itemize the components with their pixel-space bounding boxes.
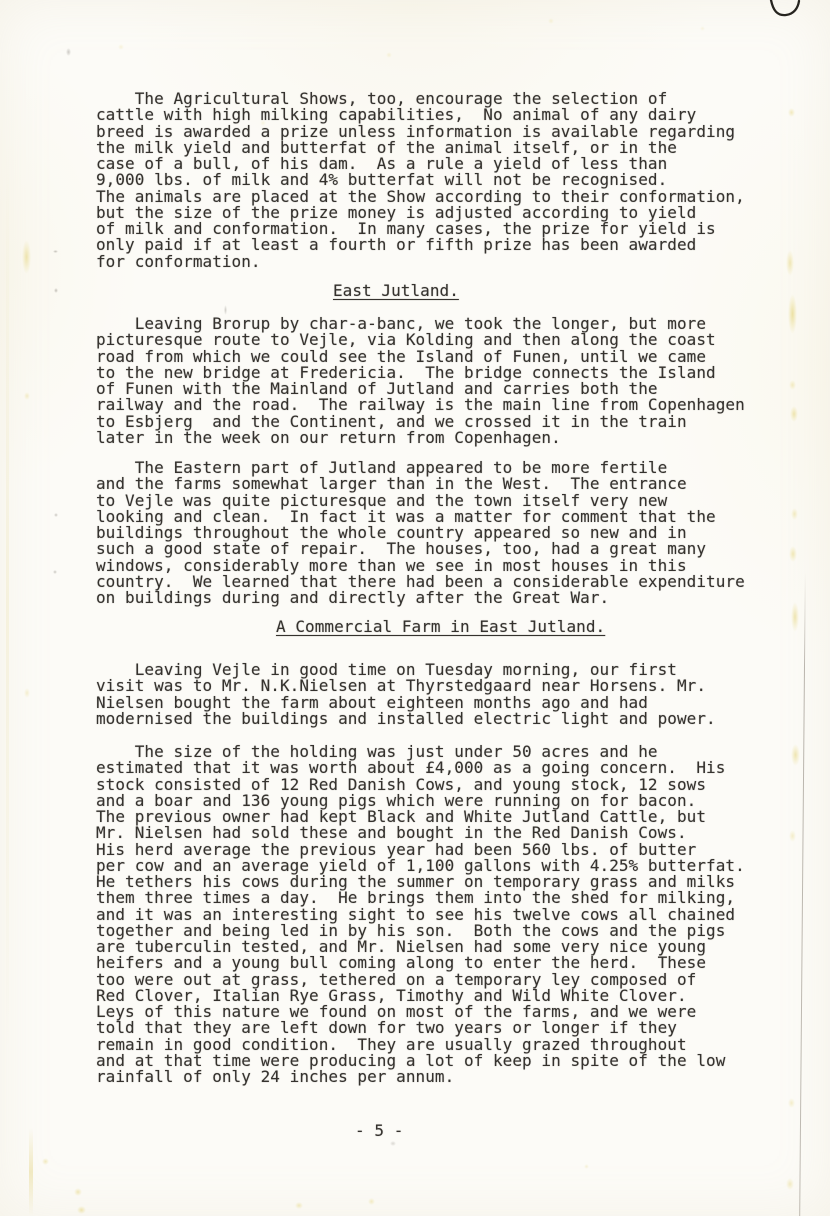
ink-speck [66, 48, 71, 56]
paper-stain [74, 1188, 82, 1196]
paper-edge-line [799, 572, 806, 1216]
paper-stain [368, 1198, 375, 1205]
paper-stain [584, 1164, 589, 1169]
paragraph-eastern-jutland: The Eastern part of Jutland appeared to … [96, 460, 745, 606]
paper-stain [788, 1098, 795, 1108]
paper-stain [788, 294, 797, 334]
paper-stain [77, 1206, 86, 1214]
paper-stain [788, 108, 795, 117]
page-number: - 5 - [355, 1123, 403, 1139]
paragraph-farm-visit: Leaving Vejle in good time on Tuesday mo… [96, 662, 716, 727]
paper-stain [118, 44, 124, 50]
ink-speck [54, 513, 58, 517]
paper-stain [791, 508, 798, 520]
document-page: The Agricultural Shows, too, encourage t… [0, 0, 830, 1216]
paper-stain [29, 1128, 33, 1216]
paragraph-journey: Leaving Brorup by char-a-banc, we took t… [96, 316, 745, 446]
paper-stain [789, 830, 796, 842]
paper-stain [6, 150, 9, 1050]
paper-stain [42, 1158, 49, 1165]
ink-speck [390, 1141, 396, 1146]
paper-stain [24, 688, 30, 698]
paragraph-agricultural-shows: The Agricultural Shows, too, encourage t… [96, 91, 745, 270]
paper-stain [22, 240, 31, 274]
paper-stain [24, 392, 30, 400]
paper-stain [789, 546, 797, 562]
paragraph-farm-details: The size of the holding was just under 5… [96, 744, 745, 1085]
paper-stain [791, 744, 800, 766]
ink-speck [53, 570, 57, 574]
ink-speck [54, 288, 58, 293]
paper-stain [790, 406, 798, 422]
paper-stain [700, 26, 705, 31]
paper-stain [791, 602, 799, 632]
paper-stain [789, 380, 796, 390]
paper-stain [295, 1202, 303, 1209]
section-heading-east-jutland: East Jutland. [333, 283, 459, 299]
ink-speck [53, 250, 58, 253]
section-heading-commercial-farm: A Commercial Farm in East Jutland. [276, 619, 605, 635]
paper-stain [786, 1178, 794, 1190]
pen-mark [765, 0, 805, 20]
paper-stain [548, 18, 554, 24]
paper-stain [786, 250, 794, 276]
paper-stain [386, 52, 392, 58]
